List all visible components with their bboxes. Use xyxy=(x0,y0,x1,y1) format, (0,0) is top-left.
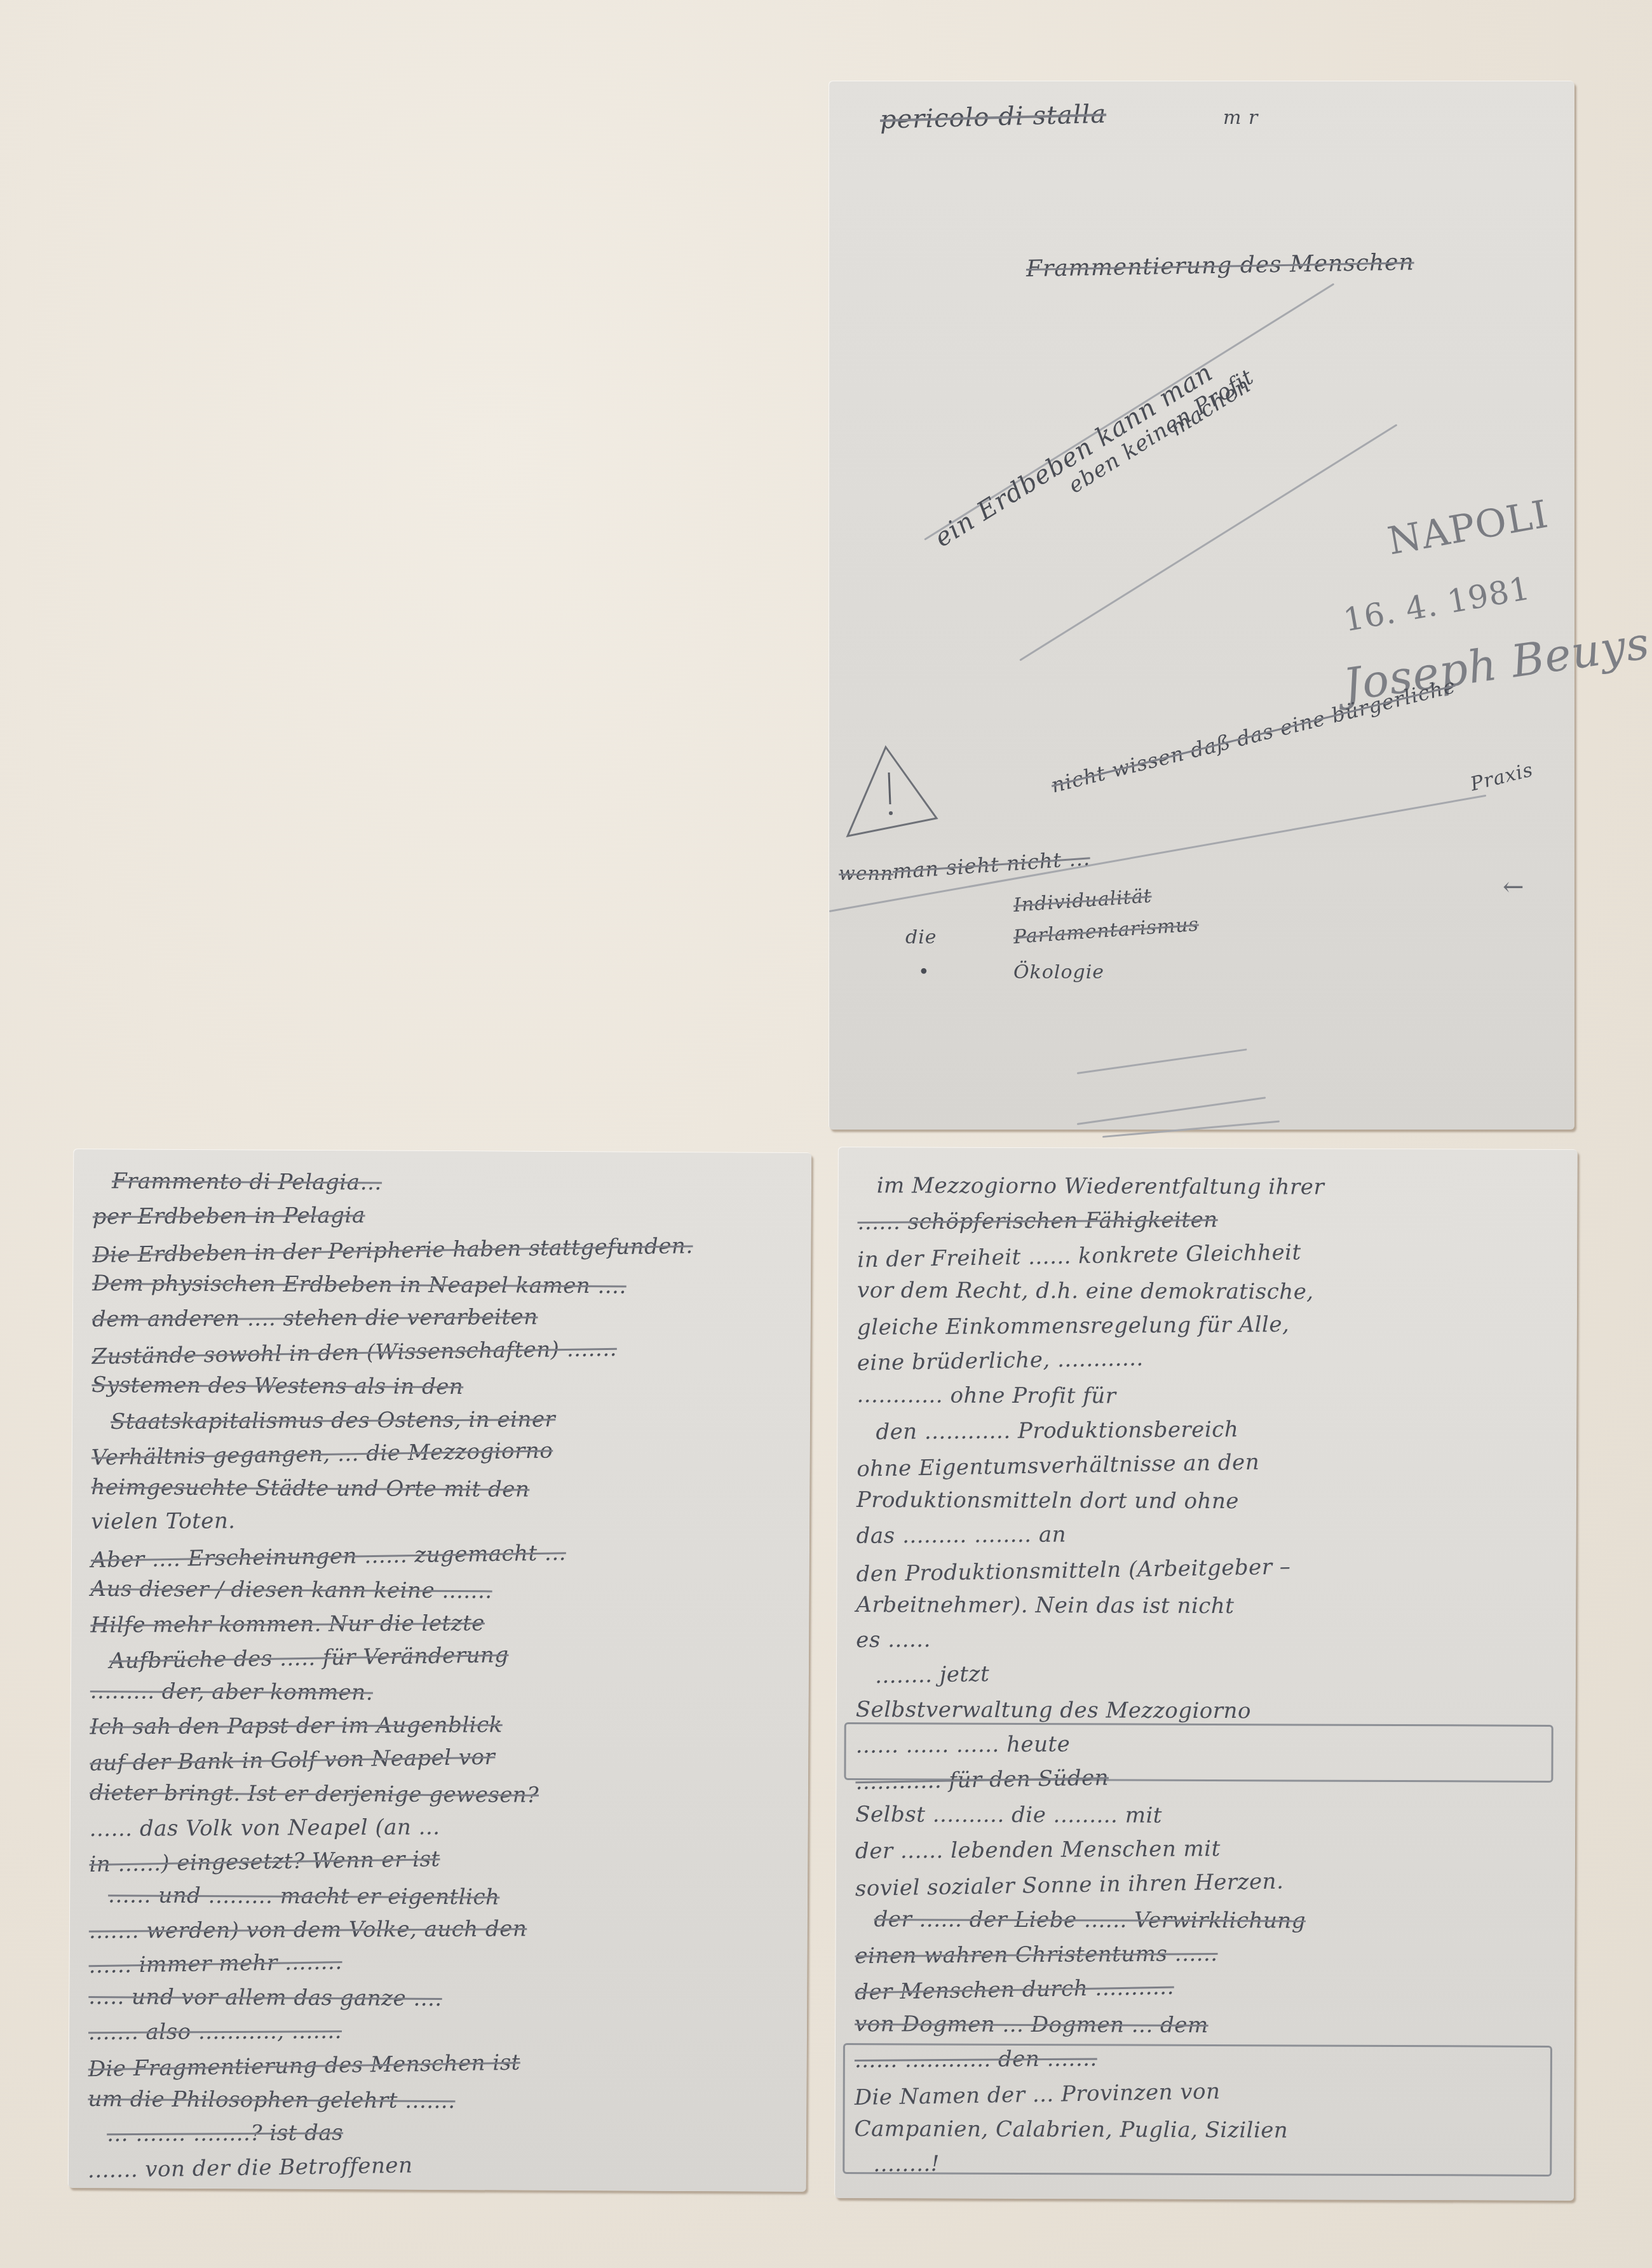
manuscript-line: ...... immer mehr ........ xyxy=(88,1949,342,1978)
manuscript-line: ..... und vor allem das ganze .... xyxy=(88,1984,442,2011)
manuscript-line: Staatskapitalismus des Ostens, in einer xyxy=(111,1407,555,1434)
manuscript-line: Selbstverwaltung des Mezzogiorno xyxy=(856,1697,1251,1724)
manuscript-line: gleiche Einkommensregelung für Alle, xyxy=(857,1312,1290,1340)
note-line-3: Individualität xyxy=(1013,885,1153,917)
manuscript-line: ....... also ..........., ....... xyxy=(88,2018,342,2045)
manuscript-line: ....... werden) von dem Volke, auch den xyxy=(89,1916,527,1944)
manuscript-line: von Dogmen ... Dogmen ... dem xyxy=(855,2011,1209,2038)
manuscript-line: Selbst .......... die ......... mit xyxy=(855,1802,1162,1828)
handwritten-text-block: im Mezzogiorno Wiederentfaltung ihrer...… xyxy=(839,1147,1578,1150)
manuscript-line: Campanien, Calabrien, Puglia, Sizilien xyxy=(854,2116,1288,2143)
manuscript-line: ...... schöpferischen Fähigkeiten xyxy=(857,1207,1217,1235)
pencil-stroke xyxy=(1077,1048,1247,1074)
place-label: NAPOLI xyxy=(1385,492,1552,564)
manuscript-line: auf der Bank in Golf von Neapel vor xyxy=(90,1744,496,1776)
manuscript-line: der ...... lebenden Menschen mit xyxy=(855,1836,1221,1864)
manuscript-line: um die Philosophen gelehrt ....... xyxy=(88,2086,455,2114)
sheet-heading: pericolo di stalla xyxy=(879,100,1106,135)
manuscript-line: Frammento di Pelagia… xyxy=(112,1168,382,1195)
manuscript-sheet-bottom-left: Frammento di Pelagia…per Erdbeben in Pel… xyxy=(69,1149,812,2192)
note-line-1: nicht wissen daß das eine bürgerliche xyxy=(1048,673,1458,797)
manuscript-line: heimgesuchte Städte und Orte mit den xyxy=(91,1475,529,1502)
manuscript-line: ohne Eigentumsverhältnisse an den xyxy=(856,1450,1260,1482)
manuscript-line: ............ ohne Profit für xyxy=(856,1382,1116,1408)
manuscript-sheet-bottom-right: im Mezzogiorno Wiederentfaltung ihrer...… xyxy=(835,1147,1578,2201)
manuscript-line: ...... das Volk von Neapel (an ... xyxy=(90,1814,440,1842)
manuscript-line: ....... von der die Betroffenen xyxy=(88,2152,413,2183)
manuscript-line: Die Fragmentierung des Menschen ist xyxy=(88,2050,520,2082)
manuscript-line: es ...... xyxy=(856,1627,931,1653)
manuscript-line: Hilfe mehr kommen. Nur die letzte xyxy=(90,1610,485,1638)
manuscript-line: dieter bringt. Ist er derjenige gewesen? xyxy=(90,1780,539,1808)
manuscript-sheet-top: pericolo di stalla m r Frammentierung de… xyxy=(829,81,1574,1130)
manuscript-line: ...... ...... ...... heute xyxy=(855,1731,1070,1758)
heading-note: m r xyxy=(1223,107,1258,129)
manuscript-line: der ...... der Liebe ...... Verwirklichu… xyxy=(874,1907,1306,1933)
manuscript-line: den Produktionsmitteln (Arbeitgeber – xyxy=(856,1554,1290,1587)
manuscript-line: soviel sozialer Sonne in ihren Herzen. xyxy=(855,1868,1284,1901)
manuscript-line: in der Freiheit ...... konkrete Gleichhe… xyxy=(857,1239,1301,1272)
manuscript-line: ........ jetzt xyxy=(875,1661,990,1689)
manuscript-line: dem anderen .... stehen die verarbeiten xyxy=(92,1304,538,1332)
manuscript-line: Die Erdbeben in der Peripherie haben sta… xyxy=(92,1233,693,1268)
manuscript-line: vielen Toten. xyxy=(91,1508,236,1534)
manuscript-line: das ......... ........ an xyxy=(856,1522,1067,1549)
manuscript-line: ...... ............ den ....... xyxy=(855,2046,1097,2073)
handwritten-text-block: Frammento di Pelagia…per Erdbeben in Pel… xyxy=(74,1149,811,1153)
manuscript-line: Arbeitnehmer). Nein das ist nicht xyxy=(856,1592,1234,1619)
manuscript-line: Aus dieser / diesen kann keine ....... xyxy=(91,1576,492,1603)
crossed-title: Frammentierung des Menschen xyxy=(1026,249,1414,282)
note-line-2b: man sieht nicht ... xyxy=(892,846,1091,884)
manuscript-line: Aber .... Erscheinungen ...... zugemacht… xyxy=(91,1540,567,1573)
manuscript-line: Produktionsmitteln dort und ohne xyxy=(856,1487,1239,1514)
manuscript-line: Dem physischen Erdbeben in Neapel kamen … xyxy=(92,1271,626,1299)
arrow-left-icon: ← xyxy=(1503,872,1525,901)
note-line-1b: Praxis xyxy=(1468,759,1536,795)
manuscript-line: ... ....... ........? ist das xyxy=(107,2120,343,2147)
note-line-5b: Ökologie xyxy=(1013,961,1104,983)
date-label: 16. 4. 1981 xyxy=(1341,570,1533,639)
note-line-5a: • xyxy=(918,961,930,983)
manuscript-line: Verhältnis gegangen, ... die Mezzogiorno xyxy=(91,1438,553,1470)
manuscript-line: ........! xyxy=(873,2151,940,2177)
manuscript-line: einen wahren Christentums ...... xyxy=(855,1941,1217,1969)
diagonal-note-1: ein Erdbeben kann man xyxy=(930,358,1218,553)
manuscript-line: Zustände sowohl in den (Wissenschaften) … xyxy=(91,1335,617,1369)
manuscript-line: eine brüderliche, ............ xyxy=(856,1346,1144,1376)
manuscript-line: ......... der, aber kommen. xyxy=(90,1678,373,1705)
manuscript-line: Ich sah den Papst der im Augenblick xyxy=(90,1712,502,1739)
manuscript-line: Systemen des Westens als in den xyxy=(91,1372,463,1400)
note-line-4b: Parlamentarismus xyxy=(1013,914,1200,948)
manuscript-line: vor dem Recht, d.h. eine demokratische, xyxy=(857,1278,1314,1305)
manuscript-line: in ......) eingesetzt? Wenn er ist xyxy=(89,1846,440,1877)
manuscript-line: Aufbrüche des ..... für Veränderung xyxy=(109,1642,509,1674)
manuscript-line: den ............ Produktionsbereich xyxy=(876,1417,1238,1445)
manuscript-line: ...... und ......... macht er eigentlich xyxy=(108,1882,500,1910)
pencil-stroke xyxy=(1102,1121,1280,1138)
manuscript-line: ............ für den Süden xyxy=(855,1765,1109,1795)
manuscript-line: per Erdbeben in Pelagia xyxy=(93,1203,365,1229)
pencil-stroke xyxy=(1077,1097,1266,1125)
warning-triangle-icon xyxy=(844,742,946,837)
manuscript-line: im Mezzogiorno Wiederentfaltung ihrer xyxy=(877,1173,1325,1199)
note-line-4a: die xyxy=(905,926,937,948)
manuscript-line: der Menschen durch ........... xyxy=(855,1974,1174,2006)
note-line-2a: wenn xyxy=(839,863,893,885)
